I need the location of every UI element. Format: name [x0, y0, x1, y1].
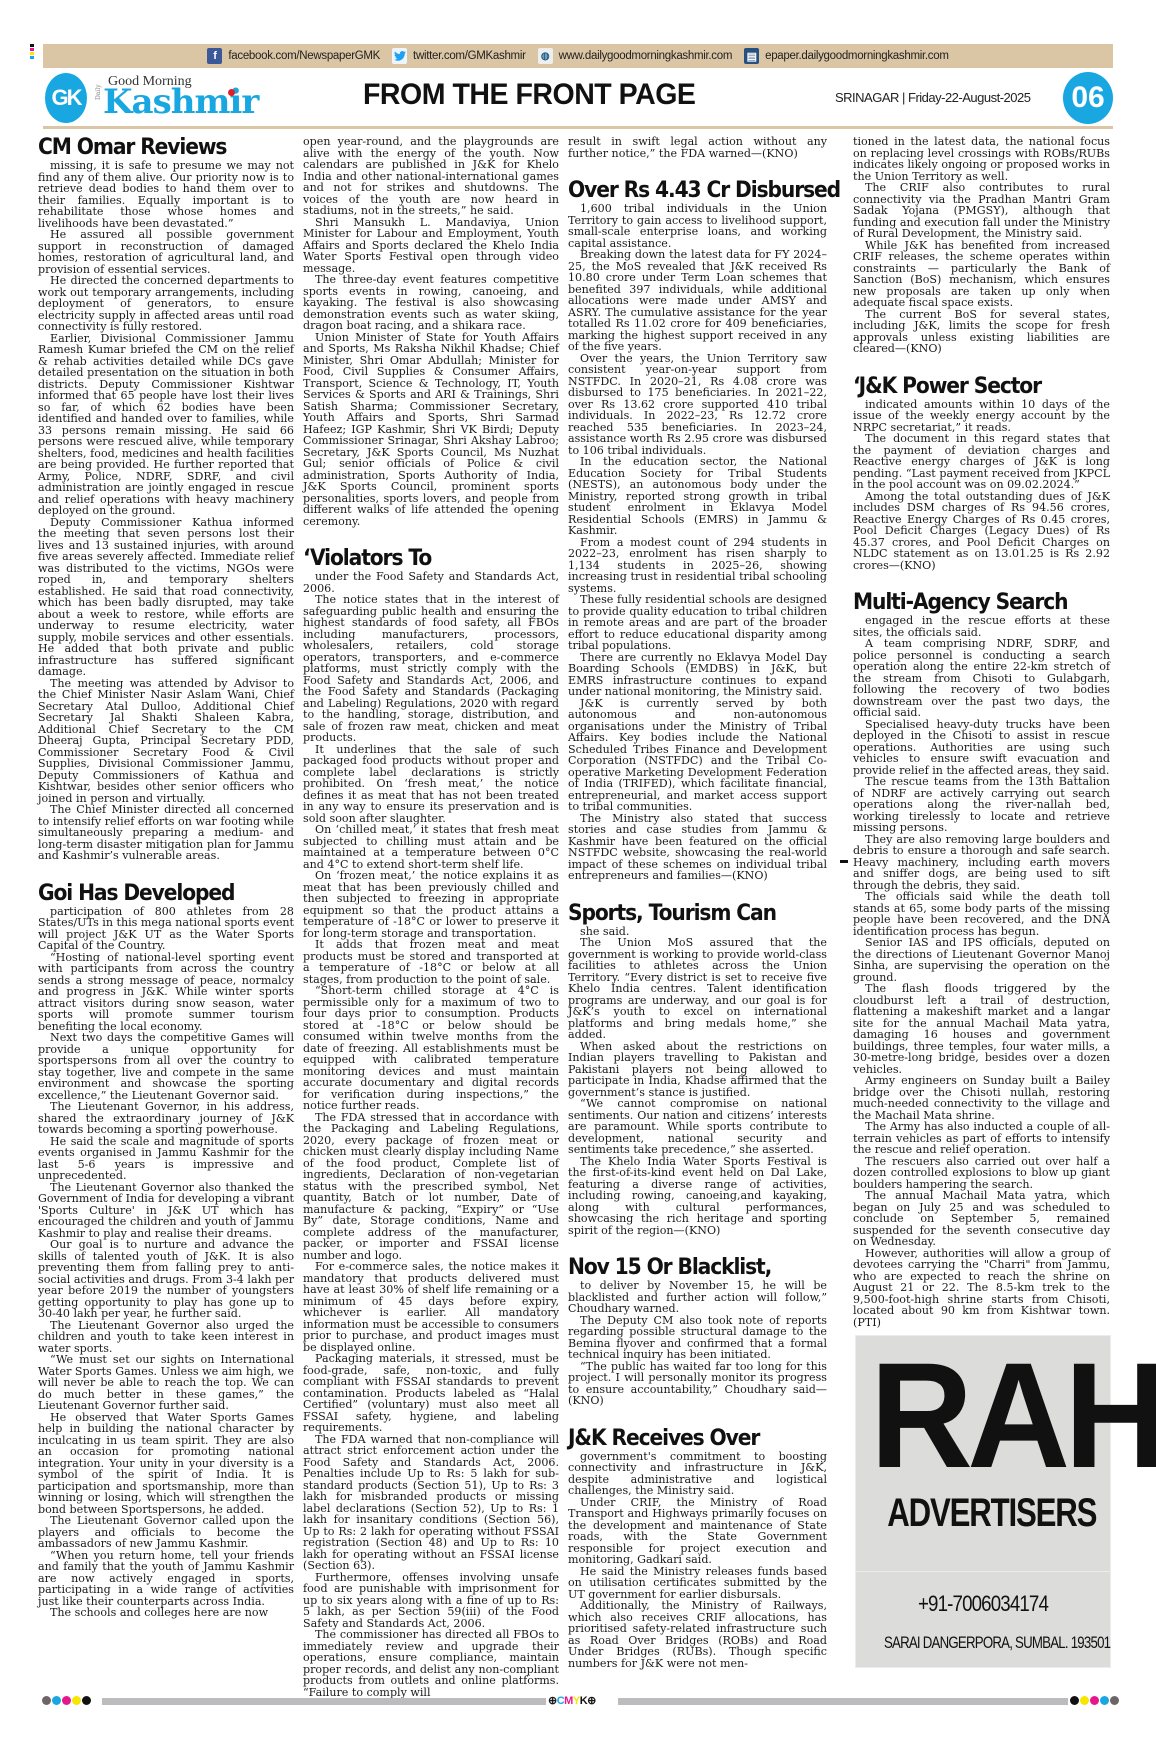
article-paragraph: Additionally, the Ministry of Railways, … — [568, 1600, 827, 1669]
social-twitter-label[interactable]: twitter.com/GMKashmir — [413, 50, 526, 62]
logo-mark: GK — [45, 73, 87, 123]
article-paragraph: “The public has waited far too long for … — [568, 1361, 827, 1407]
article-paragraph: He said the scale and magnitude of sport… — [38, 1136, 294, 1182]
social-twitter[interactable]: twitter.com/GMKashmir — [392, 48, 526, 64]
ad-subtitle: ADVERTISERS — [887, 1490, 1080, 1536]
article-paragraph: The officials said while the death toll … — [853, 891, 1110, 937]
article-paragraph: Senior IAS and IPS officials, deputed on… — [853, 937, 1110, 983]
ad-phone: +91-7006034174 — [875, 1591, 1091, 1617]
color-dot — [1100, 1696, 1109, 1705]
article-paragraph: He directed the concerned departments to… — [38, 275, 294, 333]
article: Multi-Agency Searchengaged in the rescue… — [853, 591, 1110, 1328]
article-paragraph: Packaging materials, it stressed, must b… — [303, 1353, 559, 1434]
color-dot — [1090, 1696, 1099, 1705]
social-facebook-label[interactable]: facebook.com/NewspaperGMK — [228, 50, 380, 62]
article-paragraph: J&K is currently served by both autonomo… — [568, 698, 827, 813]
article-paragraph: He said the Ministry releases funds base… — [568, 1566, 827, 1601]
article-paragraph: The Lieutenant Governor also thanked the… — [38, 1182, 294, 1240]
article-paragraph: Breaking down the latest data for FY 202… — [568, 249, 827, 353]
article-paragraph: The Lieutenant Governor called upon the … — [38, 1515, 294, 1550]
article-paragraph: Our goal is to nurture and advance the s… — [38, 1239, 294, 1320]
article-paragraph: “Hosting of national-level sporting even… — [38, 952, 294, 1033]
article-headline[interactable]: CM Omar Reviews — [38, 136, 274, 160]
article: CM Omar Reviewsmissing, it is safe to pr… — [38, 136, 294, 862]
article-paragraph: The annual Machail Mata yatra, which beg… — [853, 1190, 1110, 1248]
page-number: 06 — [1063, 72, 1113, 124]
article-paragraph: Over the years, the Union Territory saw … — [568, 353, 827, 457]
article-paragraph: Earlier, Divisional Commissioner Jammu R… — [38, 333, 294, 517]
article-paragraph: The FDA warned that non-compliance will … — [303, 1434, 559, 1572]
article-paragraph: The current BoS for several states, incl… — [853, 309, 1110, 355]
article: Goi Has Developedparticipation of 800 at… — [38, 882, 294, 1619]
article-paragraph: The Ministry also stated that success st… — [568, 813, 827, 882]
ad-divider — [856, 1571, 1110, 1572]
article-headline[interactable]: J&K Receives Over — [568, 1427, 806, 1451]
article-paragraph: For e-commerce sales, the notice makes i… — [303, 1261, 559, 1353]
column-1: CM Omar Reviewsmissing, it is safe to pr… — [38, 136, 294, 1639]
article-headline[interactable]: ‘J&K Power Sector — [853, 375, 1089, 399]
article-paragraph: missing, it is safe to presume we may no… — [38, 160, 294, 229]
article-paragraph: It underlines that the sale of such pack… — [303, 744, 559, 825]
column-3: result in swift legal action without any… — [568, 136, 827, 1689]
column-marker — [840, 860, 848, 863]
article-paragraph: Specialised heavy-duty trucks have been … — [853, 719, 1110, 777]
footer-bar-right — [618, 1698, 1068, 1705]
article-paragraph: The document in this regard states that … — [853, 433, 1110, 491]
color-dot — [72, 1696, 81, 1705]
masthead-divider — [43, 126, 1113, 129]
article-paragraph: under the Food Safety and Standards Act,… — [303, 571, 559, 594]
color-dot — [62, 1696, 71, 1705]
social-website-label[interactable]: www.dailygoodmorningkashmir.com — [559, 50, 733, 62]
article-paragraph: 1,600 tribal individuals in the Union Te… — [568, 203, 827, 249]
article-paragraph: The flash floods triggered by the cloudb… — [853, 983, 1110, 1075]
article-paragraph: indicated amounts within 10 days of the … — [853, 399, 1110, 434]
article-paragraph: Union Minister of State for Youth Affair… — [303, 332, 559, 528]
article-paragraph: These fully residential schools are desi… — [568, 594, 827, 652]
article-paragraph: It adds that frozen meat and meat produc… — [303, 939, 559, 985]
article-paragraph: The Lieutenant Governor also urged the c… — [38, 1320, 294, 1355]
footer: ⊕CMYK⊕ — [0, 1696, 1156, 1708]
article-paragraph: “We must set our sights on International… — [38, 1354, 294, 1412]
color-dot — [1080, 1696, 1089, 1705]
article-paragraph: Under CRIF, the Ministry of Road Transpo… — [568, 1497, 827, 1566]
article: ‘J&K Power Sectorindicated amounts withi… — [853, 375, 1110, 572]
article-paragraph: A team comprising NDRF, SDRF, and police… — [853, 638, 1110, 719]
social-bar: f facebook.com/NewspaperGMK twitter.com/… — [43, 44, 1113, 68]
logo-daily: Daily — [95, 84, 102, 100]
article-paragraph: The Chief Minister directed all concerne… — [38, 804, 294, 862]
article-paragraph: The Khelo India Water Sports Festival is… — [568, 1156, 827, 1237]
article: tioned in the latest data, the national … — [853, 136, 1110, 355]
article-paragraph: The commissioner has directed all FBOs t… — [303, 1629, 559, 1698]
social-website[interactable]: ◍ www.dailygoodmorningkashmir.com — [538, 48, 733, 64]
article-paragraph: However, authorities will allow a group … — [853, 1248, 1110, 1329]
article-paragraph: The schools and colleges here are now — [38, 1607, 294, 1619]
article-headline[interactable]: ‘Violators To — [303, 547, 539, 571]
article-paragraph: Army engineers on Sunday built a Bailey … — [853, 1075, 1110, 1121]
social-epaper[interactable]: ▤ epaper.dailygoodmorningkashmir.com — [744, 48, 949, 64]
article-paragraph: “We cannot compromise on national sentim… — [568, 1098, 827, 1156]
article-paragraph: Deputy Commissioner Kathua informed the … — [38, 517, 294, 678]
article-headline[interactable]: Nov 15 Or Blacklist, — [568, 1256, 806, 1280]
globe-icon: ◍ — [538, 48, 553, 64]
article-paragraph: engaged in the rescue efforts at these s… — [853, 615, 1110, 638]
registration-mark — [30, 44, 35, 60]
article-paragraph: Among the total outstanding dues of J&K … — [853, 491, 1110, 572]
article-paragraph: In the education sector, the National Ed… — [568, 456, 827, 537]
page-title: FROM THE FRONT PAGE — [363, 78, 695, 112]
article-paragraph: He observed that Water Sports Games help… — [38, 1412, 294, 1516]
article-paragraph: result in swift legal action without any… — [568, 136, 827, 159]
color-dot — [52, 1696, 61, 1705]
column-2: open year-round, and the playgrounds are… — [303, 136, 559, 1718]
article-paragraph: The Army has also inducted a couple of a… — [853, 1121, 1110, 1156]
article-paragraph: open year-round, and the playgrounds are… — [303, 136, 559, 217]
twitter-icon — [392, 48, 407, 64]
logo-dot-icon — [228, 89, 235, 96]
cmyk-mark: ⊕CMYK⊕ — [548, 1694, 596, 1707]
article: Over Rs 4.43 Cr Disbursed1,600 tribal in… — [568, 179, 827, 882]
article-paragraph: There are currently no Eklavya Model Day… — [568, 652, 827, 698]
color-dot — [1110, 1696, 1119, 1705]
ad-brand: RAHI — [870, 1350, 1098, 1480]
logo-name: Kashmir — [103, 82, 258, 122]
footer-bar-left — [102, 1698, 546, 1705]
article-paragraph: to deliver by November 15, he will be bl… — [568, 1280, 827, 1315]
article-headline[interactable]: Sports, Tourism Can — [568, 902, 806, 926]
facebook-icon: f — [207, 48, 222, 64]
article-paragraph: tioned in the latest data, the national … — [853, 136, 1110, 182]
article-paragraph: participation of 800 athletes from 28 St… — [38, 906, 294, 952]
article-paragraph: Shri Mansukh L. Mandaviya, Union Ministe… — [303, 217, 559, 275]
color-dot — [42, 1696, 51, 1705]
article-paragraph: While J&K has benefited from increased C… — [853, 240, 1110, 309]
article-paragraph: From a modest count of 294 students in 2… — [568, 537, 827, 595]
dateline: SRINAGAR | Friday-22-August-2025 — [835, 90, 1030, 105]
article-paragraph: The CRIF also contributes to rural conne… — [853, 182, 1110, 240]
article: result in swift legal action without any… — [568, 136, 827, 159]
article-paragraph: Next two days the competitive Games will… — [38, 1032, 294, 1101]
article-headline[interactable]: Over Rs 4.43 Cr Disbursed — [568, 179, 806, 203]
color-dots-left — [42, 1696, 91, 1705]
article-paragraph: The Deputy CM also took note of reports … — [568, 1315, 827, 1361]
article-paragraph: He assured all possible government suppo… — [38, 229, 294, 275]
article: Nov 15 Or Blacklist,to deliver by Novemb… — [568, 1256, 827, 1407]
color-dot — [82, 1696, 91, 1705]
ad-address: SARAI DANGERPORA, SUMBAL. 193501 — [884, 1633, 1082, 1653]
social-facebook[interactable]: f facebook.com/NewspaperGMK — [207, 48, 380, 64]
article-paragraph: When asked about the restrictions on Ind… — [568, 1041, 827, 1099]
color-dots-right — [1070, 1696, 1119, 1705]
article-paragraph: On ‘frozen meat,’ the notice explains it… — [303, 870, 559, 939]
article-paragraph: The Lieutenant Governor, in his address,… — [38, 1101, 294, 1136]
article-paragraph: They are also removing large boulders an… — [853, 834, 1110, 892]
article: J&K Receives Overgovernment's commitment… — [568, 1427, 827, 1670]
article: open year-round, and the playgrounds are… — [303, 136, 559, 527]
article: ‘Violators Tounder the Food Safety and S… — [303, 547, 559, 1698]
article-paragraph: government's commitment to boosting conn… — [568, 1451, 827, 1497]
article-paragraph: The FDA stressed that in accordance with… — [303, 1112, 559, 1262]
article-paragraph: The rescue teams from the 13th Battalion… — [853, 776, 1110, 834]
column-4: tioned in the latest data, the national … — [853, 136, 1110, 1348]
epaper-icon: ▤ — [744, 48, 759, 64]
advertisement[interactable]: RAHI ADVERTISERS +91-7006034174 SARAI DA… — [855, 1335, 1111, 1668]
color-dot — [1070, 1696, 1079, 1705]
article-paragraph: “Short-term chilled storage at 4°C is pe… — [303, 985, 559, 1112]
article: Sports, Tourism Canshe said.The Union Mo… — [568, 902, 827, 1237]
article-paragraph: The meeting was attended by Advisor to t… — [38, 678, 294, 805]
social-epaper-label[interactable]: epaper.dailygoodmorningkashmir.com — [765, 50, 949, 62]
article-paragraph: The Union MoS assured that the governmen… — [568, 937, 827, 1041]
article-headline[interactable]: Goi Has Developed — [38, 882, 274, 906]
article-paragraph: On ‘chilled meat,’ it states that fresh … — [303, 824, 559, 870]
article-paragraph: “When you return home, tell your friends… — [38, 1550, 294, 1608]
article-headline[interactable]: Multi-Agency Search — [853, 591, 1089, 615]
article-paragraph: Furthermore, offenses involving unsafe f… — [303, 1572, 559, 1630]
article-paragraph: The rescuers also carried out over half … — [853, 1156, 1110, 1191]
masthead: GK Good Morning Daily Kashmir FROM THE F… — [43, 70, 1113, 126]
article-paragraph: The notice states that in the interest o… — [303, 594, 559, 744]
article-paragraph: The three-day event features competitive… — [303, 274, 559, 332]
